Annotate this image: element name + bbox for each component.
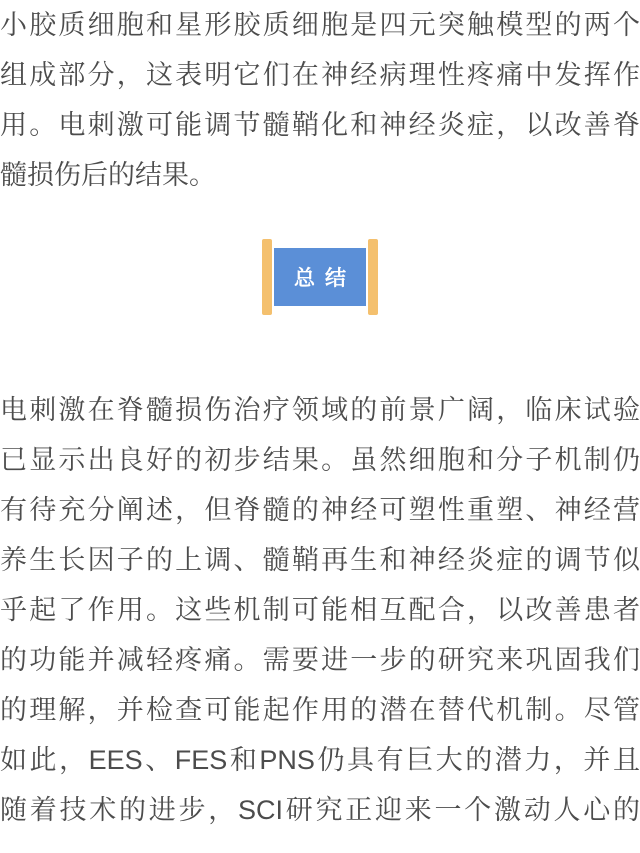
- summary-badge: 总结: [274, 248, 366, 306]
- text-line: 的理解，并检查可能起作用的潜在替代机制。尽管: [0, 685, 640, 735]
- text-line: 的功能并减轻疼痛。需要进一步的研究来巩固我们: [0, 635, 640, 685]
- right-bracket-bar: [368, 239, 378, 315]
- left-bracket-bar: [262, 239, 272, 315]
- text-line: 有待充分阐述，但脊髓的神经可塑性重塑、神经营: [0, 485, 640, 535]
- text-line: 随着技术的进步，SCI研究正迎来一个激动人心的: [0, 785, 640, 835]
- text-line: 组成部分，这表明它们在神经病理性疼痛中发挥作: [0, 50, 640, 100]
- paragraph-summary: 电刺激在脊髓损伤治疗领域的前景广阔，临床试验已显示出良好的初步结果。虽然细胞和分…: [0, 385, 640, 835]
- text-line: 电刺激在脊髓损伤治疗领域的前景广阔，临床试验: [0, 385, 640, 435]
- text-line: 用。电刺激可能调节髓鞘化和神经炎症，以改善脊: [0, 100, 640, 150]
- text-line: 乎起了作用。这些机制可能相互配合，以改善患者: [0, 585, 640, 635]
- article-page: 小胶质细胞和星形胶质细胞是四元突触模型的两个组成部分，这表明它们在神经病理性疼痛…: [0, 0, 640, 853]
- text-line: 已显示出良好的初步结果。虽然细胞和分子机制仍: [0, 435, 640, 485]
- text-line: 髓损伤后的结果。: [0, 150, 640, 200]
- text-line: 小胶质细胞和星形胶质细胞是四元突触模型的两个: [0, 0, 640, 50]
- text-line: 养生长因子的上调、髓鞘再生和神经炎症的调节似: [0, 535, 640, 585]
- summary-section-header: 总结: [262, 239, 378, 315]
- paragraph-intro: 小胶质细胞和星形胶质细胞是四元突触模型的两个组成部分，这表明它们在神经病理性疼痛…: [0, 0, 640, 200]
- summary-badge-label: 总结: [284, 262, 356, 292]
- text-line: 如此，EES、FES和PNS仍具有巨大的潜力，并且: [0, 735, 640, 785]
